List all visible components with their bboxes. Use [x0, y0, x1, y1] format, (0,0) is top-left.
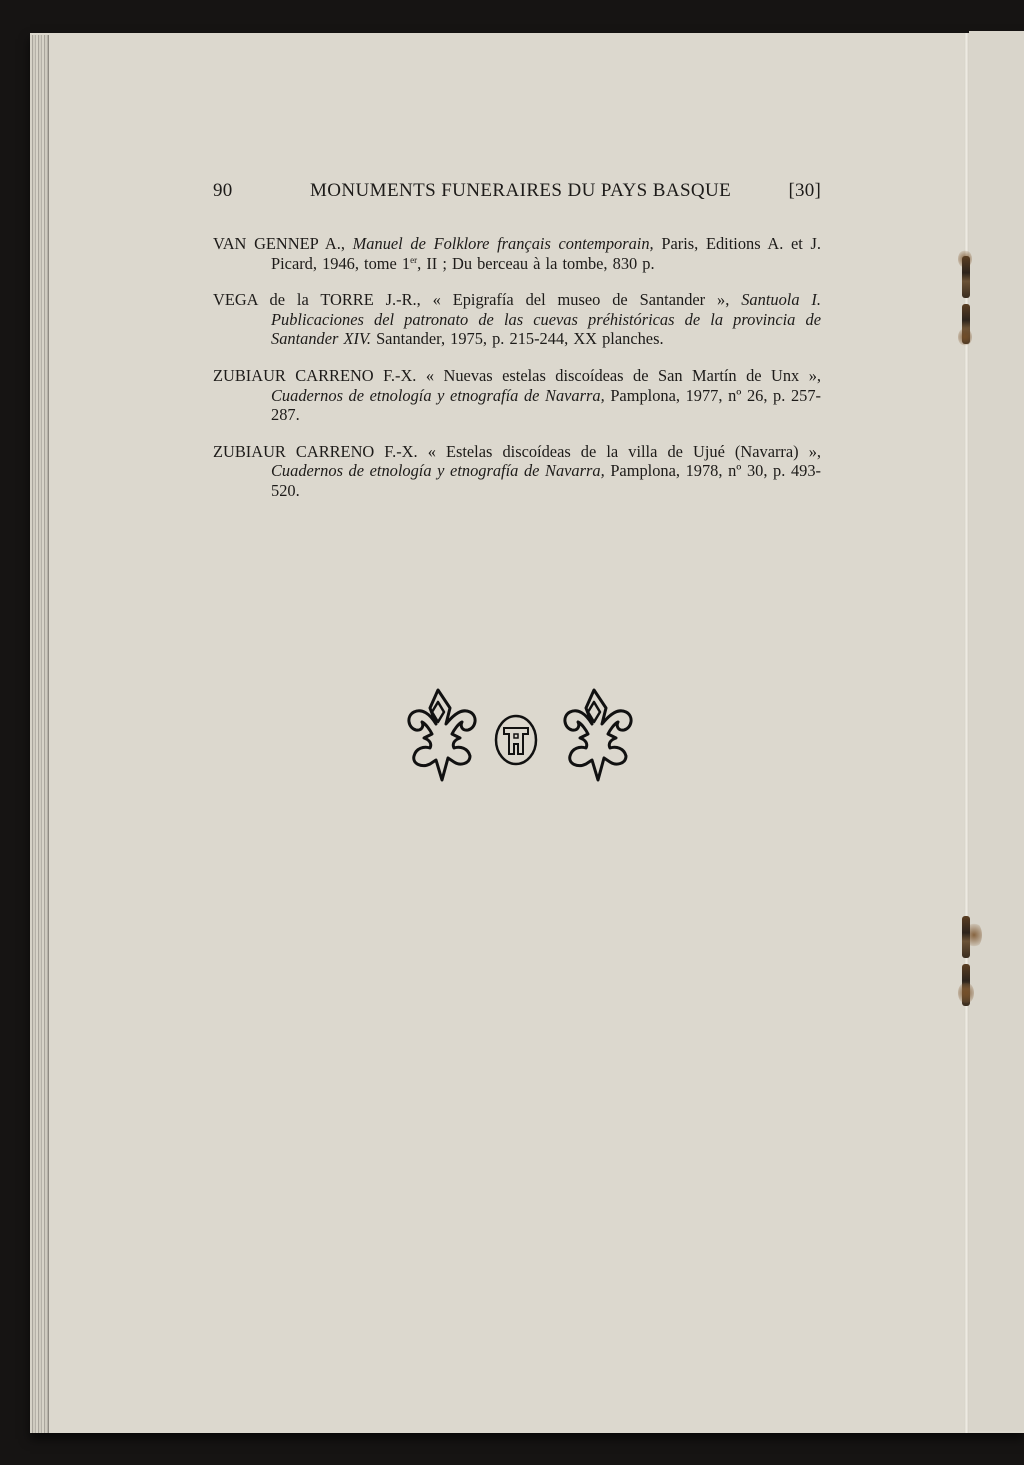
fleur-de-lis-icon [565, 690, 631, 780]
entry-article: « Nuevas estelas discoídeas de San Martí… [426, 366, 821, 385]
entry-details-cont: , II ; Du berceau à la tombe, 830 p. [417, 254, 654, 273]
rust-stain [958, 982, 974, 1004]
section-number: [30] [789, 180, 821, 202]
entry-title: Manuel de Folklore français contemporain… [353, 234, 654, 253]
bibliography-list: VAN GENNEP A., Manuel de Folklore frança… [213, 234, 821, 501]
page-content: 90 MONUMENTS FUNERAIRES DU PAYS BASQUE [… [213, 180, 821, 518]
entry-article: « Epigrafía del museo de Santander », [433, 290, 730, 309]
entry-details: Santander, 1975, p. 215-244, XX planches… [376, 329, 663, 348]
entry-author: ZUBIAUR CARRENO F.-X. [213, 442, 418, 461]
entry-author: ZUBIAUR CARRENO F.-X. [213, 366, 416, 385]
page-number: 90 [213, 180, 232, 202]
gutter-fold [964, 33, 969, 1433]
bibliography-entry: ZUBIAUR CARRENO F.-X. « Estelas discoíde… [213, 442, 821, 501]
staple-bottom-upper [962, 916, 970, 958]
entry-title: Cuadernos de etnología y etnografía de N… [271, 461, 605, 480]
entry-author: VEGA de la TORRE J.-R., [213, 290, 421, 309]
oval-monogram-icon [496, 716, 536, 764]
bibliography-entry: VEGA de la TORRE J.-R., « Epigrafía del … [213, 290, 821, 349]
entry-article: « Estelas discoídeas de la villa de Ujué… [428, 442, 821, 461]
bibliography-entry: ZUBIAUR CARRENO F.-X. « Nuevas estelas d… [213, 366, 821, 425]
staple-top-upper [962, 256, 970, 298]
rust-stain [958, 328, 972, 346]
book-scan: 90 MONUMENTS FUNERAIRES DU PAYS BASQUE [… [0, 0, 1024, 1465]
running-title: MONUMENTS FUNERAIRES DU PAYS BASQUE [310, 180, 731, 202]
facing-page-edge [969, 31, 1024, 1431]
stacked-page-edges [30, 35, 49, 1433]
bibliography-entry: VAN GENNEP A., Manuel de Folklore frança… [213, 234, 821, 273]
fleur-de-lis-icon [409, 690, 475, 780]
entry-title: Cuadernos de etnología y etnografía de N… [271, 386, 605, 405]
ornament-vignette [396, 684, 636, 784]
entry-author: VAN GENNEP A., [213, 234, 345, 253]
running-head: 90 MONUMENTS FUNERAIRES DU PAYS BASQUE [… [213, 180, 821, 206]
